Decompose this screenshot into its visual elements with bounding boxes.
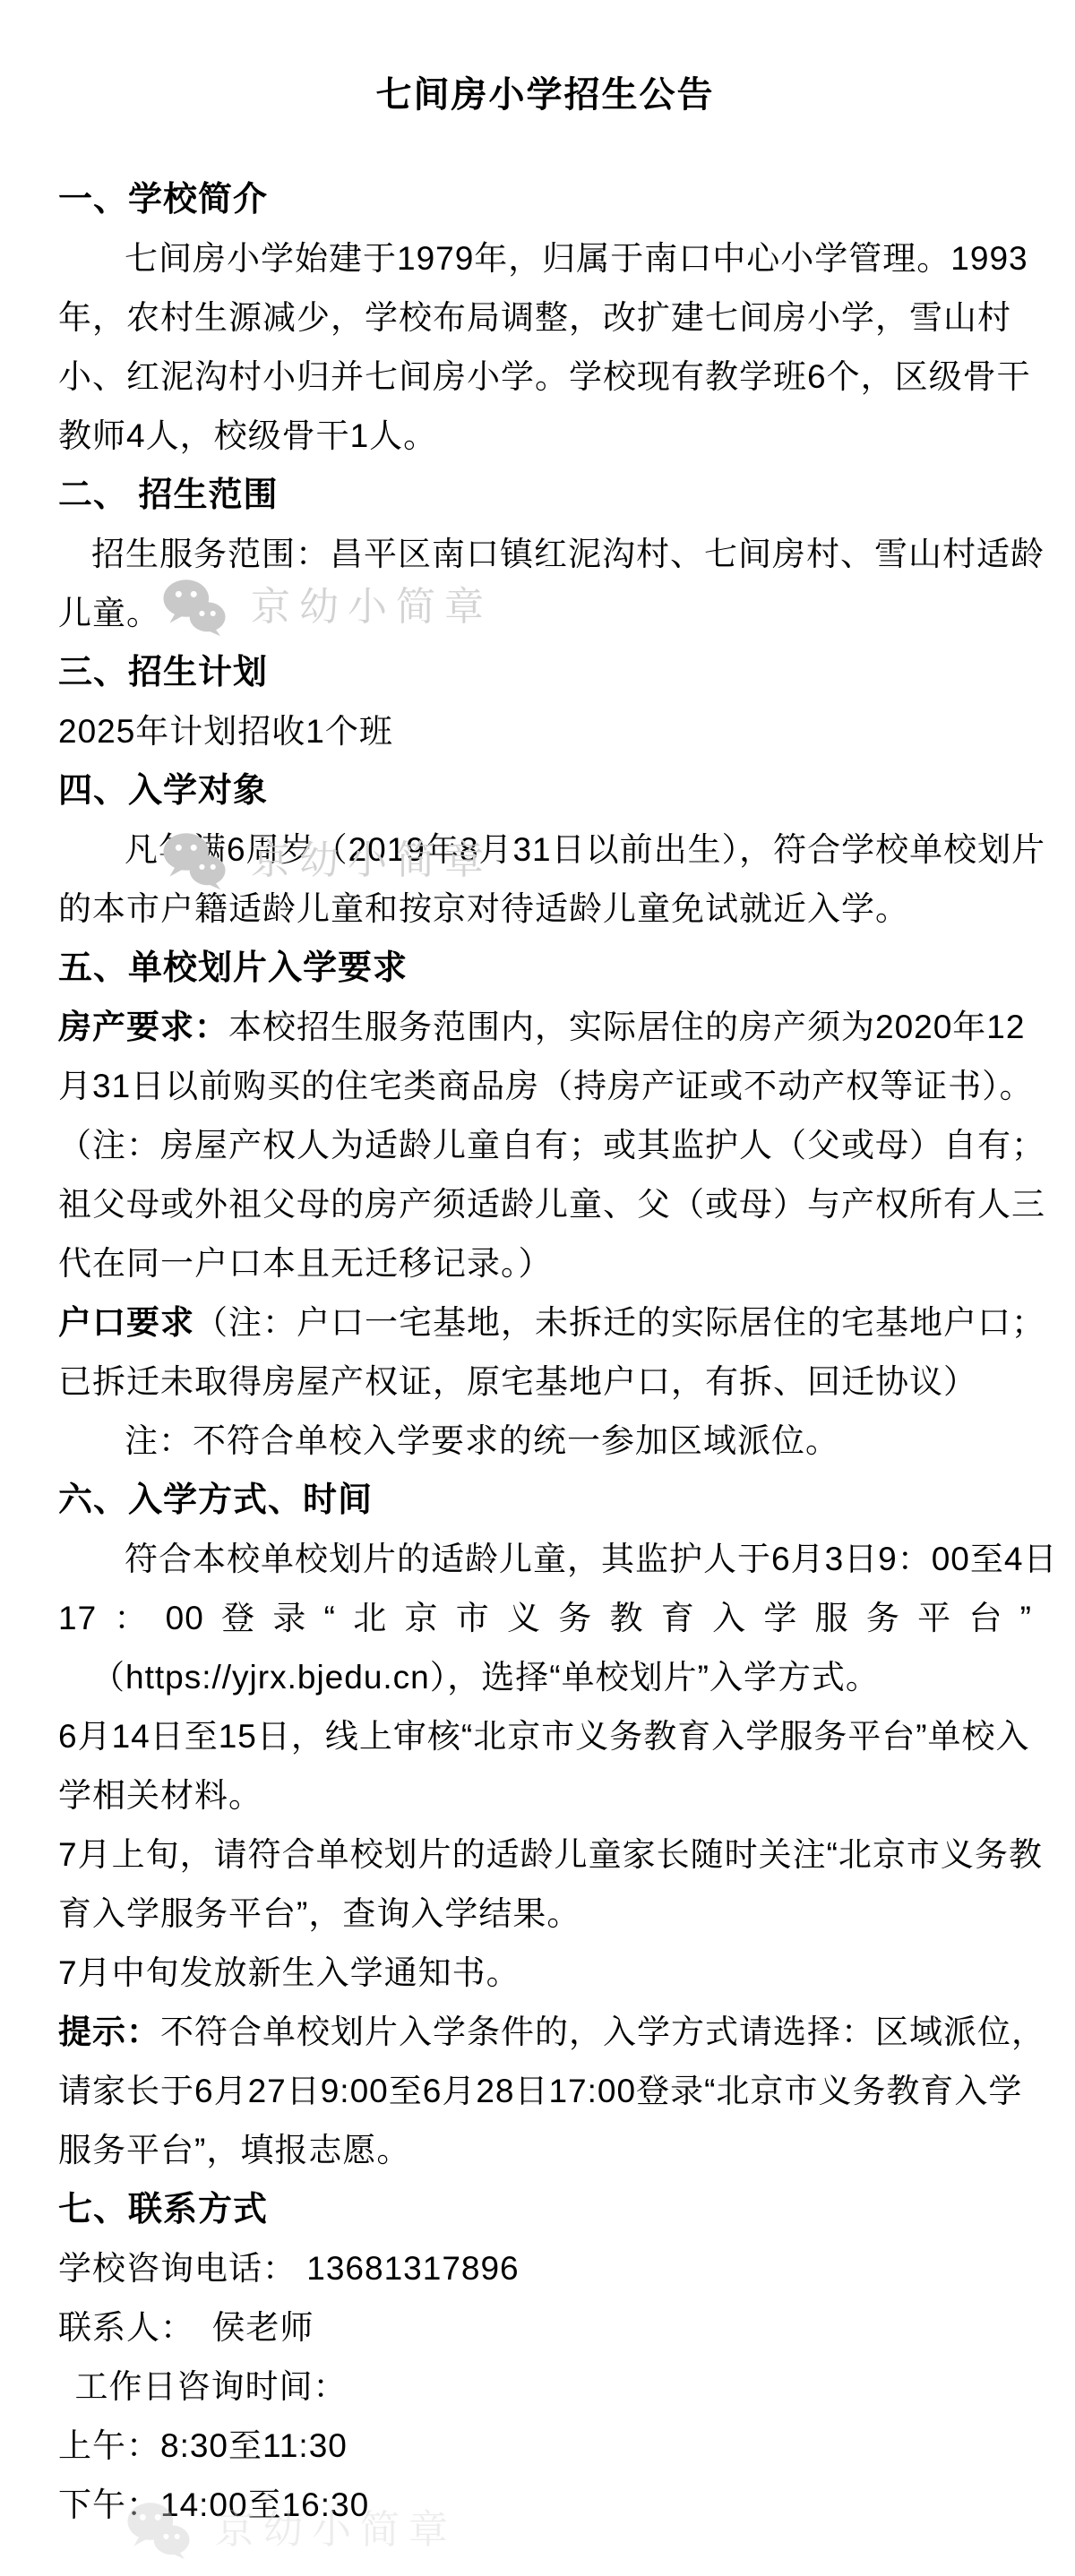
text-line: 房产要求：本校招生服务范围内，实际居住的房产须为2020年12 [58,998,1032,1057]
section-heading: 四、入学对象 [58,761,1032,820]
section-heading: 一、学校简介 [58,170,1032,229]
text-line: 儿童。 [58,584,1032,643]
text-line: 代在同一户口本且无迁移记录。） [58,1234,1032,1293]
text-line: 凡年满6周岁（2019年8月31日以前出生），符合学校单校划片 [58,820,1032,880]
text-line: 年，农村生源减少，学校布局调整，改扩建七间房小学，雪山村 [58,288,1032,348]
text-line: 7月上旬，请符合单校划片的适龄儿童家长随时关注“北京市义务教 [58,1825,1032,1885]
section-heading: 五、单校划片入学要求 [58,939,1032,998]
text-line: 祖父母或外祖父母的房产须适龄儿童、父（或母）与产权所有人三 [58,1175,1032,1234]
section-heading: 二、 招生范围 [58,466,1032,525]
section-heading: 七、联系方式 [58,2180,1032,2239]
text-line: （https://yjrx.bjedu.cn），选择“单校划片”入学方式。 [58,1648,1032,1707]
text-run: 不符合单校划片入学条件的，入学方式请选择：区域派位， [160,2014,1045,2050]
text-line: 6月14日至15日，线上审核“北京市义务教育入学服务平台”单校入 [58,1707,1032,1766]
text-line: 的本市户籍适龄儿童和按京对待适龄儿童免试就近入学。 [58,880,1032,939]
text-line: 上午：8:30至11:30 [58,2417,1032,2476]
section-heading: 三、招生计划 [58,643,1032,702]
document: 七间房小学招生公告 一、学校简介七间房小学始建于1979年，归属于南口中心小学管… [0,0,1075,2535]
text-line: 七间房小学始建于1979年，归属于南口中心小学管理。1993 [58,229,1032,288]
text-line: 服务平台”，填报志愿。 [58,2121,1032,2180]
text-line: （注：房屋产权人为适龄儿童自有；或其监护人（父或母）自有； [58,1116,1032,1175]
text-line: 提示：不符合单校划片入学条件的，入学方式请选择：区域派位， [58,2003,1032,2062]
bold-prefix: 户口要求 [58,1304,194,1341]
text-line: 小、红泥沟村小归并七间房小学。学校现有教学班6个，区级骨干 [58,348,1032,407]
text-run: 本校招生服务范围内，实际居住的房产须为2020年12 [228,1009,1025,1045]
text-run: （注：户口一宅基地，未拆迁的实际居住的宅基地户口； [194,1304,1045,1341]
text-line: 户口要求（注：户口一宅基地，未拆迁的实际居住的宅基地户口； [58,1293,1032,1352]
text-line: 学相关材料。 [58,1766,1032,1825]
text-line: 学校咨询电话： 13681317896 [58,2239,1032,2298]
text-line: 教师4人，校级骨干1人。 [58,407,1032,466]
section-heading: 六、入学方式、时间 [58,1471,1032,1530]
bold-prefix: 提示： [58,2014,160,2050]
text-line: 已拆迁未取得房屋产权证，原宅基地户口，有拆、回迁协议） [58,1352,1032,1412]
text-line: 月31日以前购买的住宅类商品房（持房产证或不动产权等证书）。 [58,1057,1032,1116]
bold-prefix: 房产要求： [58,1009,228,1045]
text-line: 联系人： 侯老师 [58,2298,1032,2357]
text-line: 招生服务范围：昌平区南口镇红泥沟村、七间房村、雪山村适龄 [58,525,1032,584]
text-line: 17：00登录“北京市义务教育入学服务平台” [58,1589,1032,1648]
text-line: 7月中旬发放新生入学通知书。 [58,1944,1032,2003]
text-line: 请家长于6月27日9:00至6月28日17:00登录“北京市义务教育入学 [58,2062,1032,2121]
text-line: 符合本校单校划片的适龄儿童，其监护人于6月3日9：00至4日 [58,1530,1032,1589]
text-line: 下午：14:00至16:30 [58,2476,1032,2535]
document-body: 一、学校简介七间房小学始建于1979年，归属于南口中心小学管理。1993年，农村… [58,170,1032,2535]
text-line: 2025年计划招收1个班 [58,702,1032,761]
page: 七间房小学招生公告 一、学校简介七间房小学始建于1979年，归属于南口中心小学管… [0,0,1075,2576]
text-line: 育入学服务平台”，查询入学结果。 [58,1885,1032,1944]
document-title: 七间房小学招生公告 [58,76,1032,114]
text-line: 注：不符合单校入学要求的统一参加区域派位。 [58,1412,1032,1471]
text-line: 工作日咨询时间： [58,2357,1032,2417]
